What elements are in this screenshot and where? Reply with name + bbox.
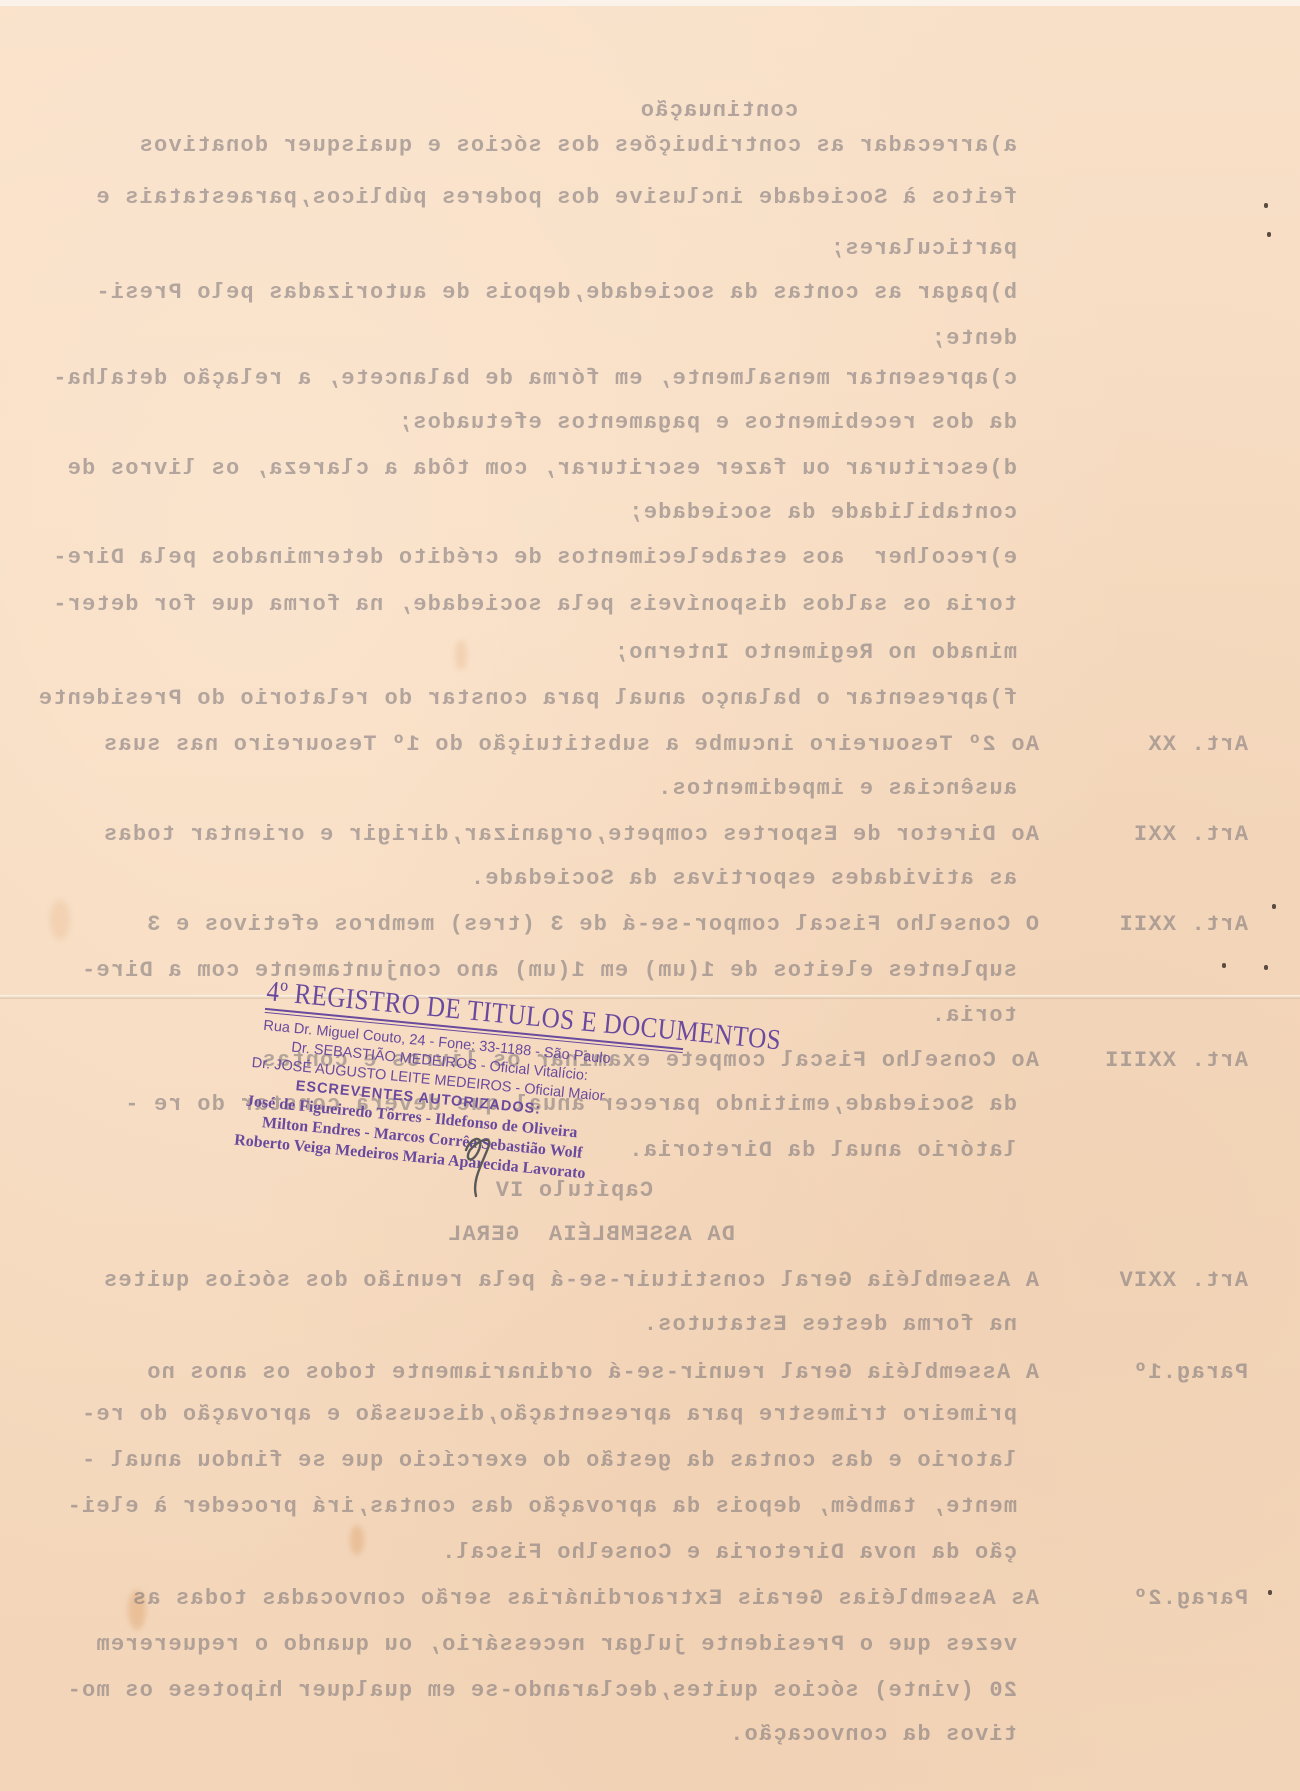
body-line: vezes que o Presidente julgar necessário… [95,1632,1017,1657]
paper-speck [1264,965,1268,970]
body-line: A Assembléia Geral reunir-se-á ordinaria… [146,1360,1039,1385]
body-line: e)recolher aos estabelecimentos de crédi… [52,545,1017,570]
body-line: feitos à Sociedade inclusive dos poderes… [95,185,1017,210]
body-line: c)apresentar mensalmente, em fórma de ba… [52,366,1017,391]
body-line: suplentes eleitos de 1(um) em 1(um) ano … [81,958,1017,983]
body-line: minado no Regimento Interno; [614,640,1017,665]
body-line: dente; [931,326,1017,351]
body-line: primeiro trimestre para apresentação,dis… [81,1402,1017,1427]
typewritten-text-mirrored: continuação a)arrecadar as contribuições… [0,0,1300,1791]
article-label: Parag.1º [1133,1360,1248,1385]
body-line: contabilidade da sociedade; [628,500,1017,525]
body-line: as atividades esportivas da Sociedade. [470,866,1017,891]
registry-stamp: 4º REGISTRO DE TITULOS E DOCUMENTOS Rua … [245,978,766,1265]
article-label: Art. XXI [1133,822,1248,847]
body-line: As Assembléias Gerais Extraordinárias se… [132,1586,1039,1611]
body-line: toria. [931,1003,1017,1028]
body-line: latorio e das contas da gestão do exercí… [81,1448,1017,1473]
body-line: ausências e impedimentos. [657,776,1017,801]
body-line: tivos da convocação. [729,1722,1017,1747]
article-label: Art. XXII [1118,912,1248,937]
article-label: Art. XXIII [1104,1048,1248,1073]
body-line: Ao 2º Tesoureiro incumbe a substituição … [103,732,1039,757]
body-line: A Assembléia Geral constituir-se-á pela … [103,1268,1039,1293]
body-line: O Conselho Fiscal compor-se-á de 3 (tres… [146,912,1039,937]
body-line: b)pagar as contas da sociedade,depois de… [95,280,1017,305]
paper-speck [1267,232,1271,237]
body-line: toria os saldos disponíveis pela socieda… [52,592,1017,617]
body-line: a)arrecadar as contribuições dos sócios … [138,133,1017,158]
body-line: mente, também, depois da aprovação das c… [66,1494,1017,1519]
paper-fold-crease [0,995,1300,999]
article-label: Parag.2º [1133,1586,1248,1611]
paper-speck [1264,203,1268,208]
continuation-heading: continuação [640,98,798,123]
paper-speck [1222,963,1226,968]
body-line: da dos recebimentos e pagamentos efetuad… [398,410,1017,435]
body-line: f)apresentar o balanço anual para consta… [38,686,1017,711]
body-line: Ao Diretor de Esportes compete,organizar… [103,822,1039,847]
article-label: Art. XXIV [1118,1268,1248,1293]
body-line: 20 (vinte) sócios quites,declarando-se e… [66,1678,1017,1703]
body-line: particulares; [830,236,1017,261]
paper-speck [1268,1590,1272,1595]
handwritten-initials [458,1130,498,1200]
body-line: d)escriturar ou fazer escriturar, com tô… [66,456,1017,481]
body-line: na forma destes Estatutos. [643,1312,1017,1337]
stamp-title-prefix: 4º [265,976,289,1009]
body-line: ção da nova Diretoria e Conselho Fiscal. [441,1540,1017,1565]
article-label: Art. XX [1147,732,1248,757]
paper-speck [1272,904,1276,909]
